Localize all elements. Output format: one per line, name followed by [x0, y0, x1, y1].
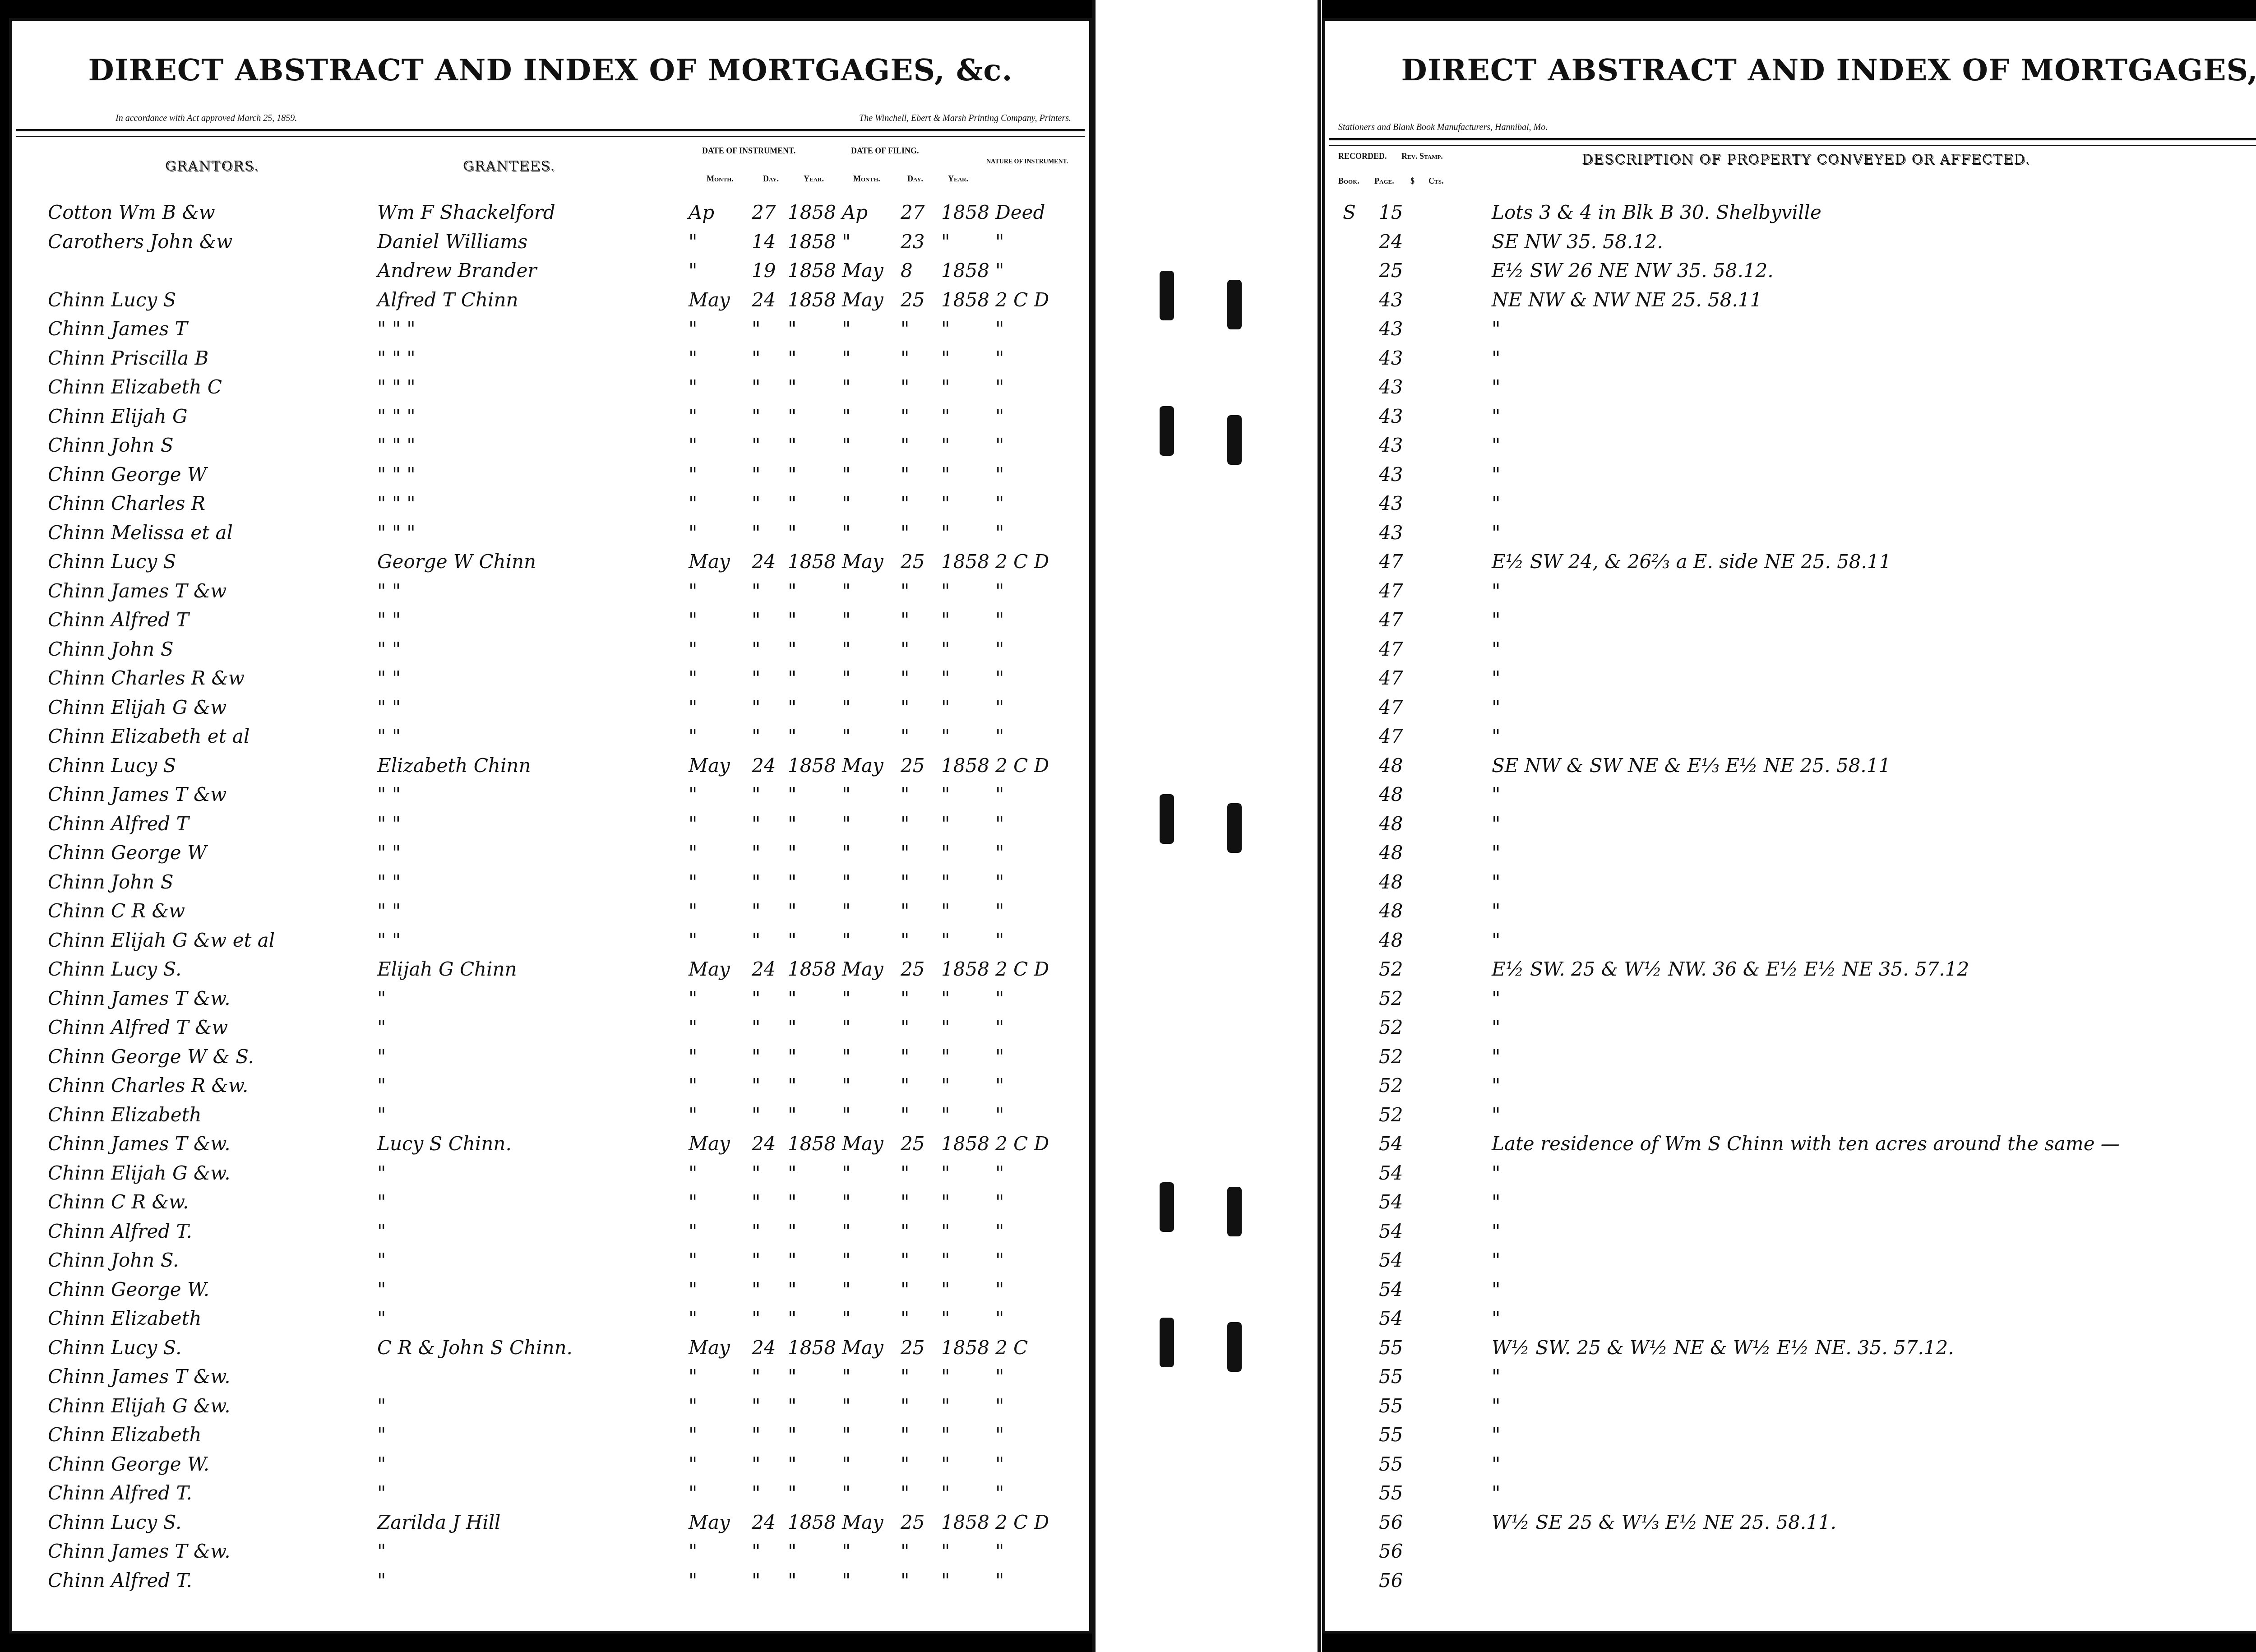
table-row: Chinn Alfred T.""""""""	[12, 1482, 1089, 1509]
filing-year: 1858	[941, 201, 989, 223]
property-description: "	[1492, 1104, 1500, 1126]
instrument-day: 14	[752, 231, 776, 253]
table-row: 48"	[1325, 929, 2256, 956]
instrument-month: "	[689, 725, 697, 747]
instrument-day: 24	[752, 1511, 776, 1533]
instrument-year: "	[788, 1104, 796, 1126]
page-number: 52	[1379, 1046, 1403, 1068]
binding-hole-icon	[1227, 1187, 1242, 1236]
instrument-month: "	[689, 376, 697, 398]
property-description: E½ SW 26 NE NW 35. 58.12.	[1492, 259, 1774, 282]
table-row: Chinn Lucy SElizabeth ChinnMay241858May2…	[12, 754, 1089, 782]
grantee-name: " " "	[377, 434, 416, 456]
property-description: "	[1492, 463, 1500, 486]
grantor-name: Chinn George W & S.	[48, 1046, 254, 1068]
page-number: 55	[1379, 1453, 1403, 1475]
grantor-name: Chinn Elizabeth et al	[48, 725, 250, 747]
filing-month: May	[842, 754, 883, 777]
nature-of-instrument: "	[995, 1162, 1004, 1184]
property-description: "	[1492, 1249, 1500, 1271]
grantor-name: Chinn Elijah G	[48, 405, 188, 427]
property-description: "	[1492, 667, 1500, 689]
grantor-name: Chinn George W.	[48, 1453, 209, 1475]
filing-month: "	[842, 1278, 851, 1300]
filing-year: "	[941, 463, 950, 486]
instrument-year: 1858	[788, 289, 836, 311]
instrument-year: "	[788, 1016, 796, 1038]
grantor-name: Chinn James T &w	[48, 783, 227, 805]
filing-month: May	[842, 1133, 883, 1155]
instrument-day: "	[752, 1482, 760, 1504]
grantee-name: "	[377, 1220, 386, 1242]
instrument-month: "	[689, 1424, 697, 1446]
grantee-name: " "	[377, 609, 401, 631]
dollars-header: $	[1410, 176, 1415, 186]
grantee-name: "	[377, 1278, 386, 1300]
grantee-name: Wm F Shackelford	[377, 201, 555, 223]
instrument-day: "	[752, 1046, 760, 1068]
filing-month: Ap	[842, 201, 868, 223]
filing-month: "	[842, 1365, 851, 1388]
page-number: 25	[1379, 259, 1403, 282]
table-row: Chinn George W & S.""""""""	[12, 1046, 1089, 1073]
filing-month: "	[842, 725, 851, 747]
grantor-name: Chinn Alfred T.	[48, 1569, 192, 1592]
right-page: DIRECT ABSTRACT AND INDEX OF MORTGAGES, …	[1322, 18, 2256, 1633]
table-row: Chinn James T" " """"""""	[12, 318, 1089, 345]
filing-month: "	[842, 1424, 851, 1446]
property-description: NE NW & NW NE 25. 58.11	[1492, 289, 1762, 311]
page-number: 56	[1379, 1569, 1403, 1592]
instrument-day: 24	[752, 754, 776, 777]
grantee-name: "	[377, 1104, 386, 1126]
filing-year: "	[941, 871, 950, 893]
page-number: 55	[1379, 1365, 1403, 1388]
page-number: 54	[1379, 1249, 1403, 1271]
binding-hole-icon	[1160, 1182, 1174, 1232]
filing-year: "	[941, 405, 950, 427]
filing-month: "	[842, 1569, 851, 1592]
grantee-name: "	[377, 1307, 386, 1329]
grantee-name: "	[377, 1074, 386, 1097]
grantor-name: Chinn Elijah G &w	[48, 696, 227, 718]
instrument-year: "	[788, 376, 796, 398]
table-row: Chinn C R &w" """"""""	[12, 900, 1089, 927]
year-header: Year.	[948, 174, 968, 184]
instrument-day: "	[752, 987, 760, 1009]
nature-of-instrument: "	[995, 405, 1004, 427]
filing-year: 1858	[941, 551, 989, 573]
grantor-name: Chinn James T &w.	[48, 1540, 231, 1562]
property-description: "	[1492, 318, 1500, 340]
grantor-name: Chinn Melissa et al	[48, 522, 233, 544]
filing-month: "	[842, 1162, 851, 1184]
filing-month: "	[842, 1016, 851, 1038]
table-row: Chinn Priscilla B" " """"""""	[12, 347, 1089, 374]
page-number: 47	[1379, 667, 1403, 689]
date-of-instrument-header: DATE OF INSTRUMENT.	[702, 146, 795, 156]
instrument-year: "	[788, 492, 796, 514]
grantee-name: " "	[377, 900, 401, 922]
nature-of-instrument: "	[995, 1016, 1004, 1038]
nature-of-instrument: "	[995, 900, 1004, 922]
nature-of-instrument: "	[995, 231, 1004, 253]
property-description: "	[1492, 1046, 1500, 1068]
filing-year: 1858	[941, 754, 989, 777]
instrument-month: "	[689, 492, 697, 514]
filing-day: "	[901, 842, 909, 864]
table-row: 54"	[1325, 1162, 2256, 1189]
nature-of-instrument: 2 C D	[995, 754, 1049, 777]
page-number: 43	[1379, 522, 1403, 544]
filing-month: "	[842, 405, 851, 427]
instrument-year: "	[788, 1220, 796, 1242]
filing-year: "	[941, 1453, 950, 1475]
property-description: "	[1492, 1016, 1500, 1038]
nature-of-instrument: 2 C	[995, 1337, 1028, 1359]
nature-of-instrument: 2 C D	[995, 958, 1049, 980]
page-number: 47	[1379, 551, 1403, 573]
filing-month: "	[842, 783, 851, 805]
filing-year: 1858	[941, 289, 989, 311]
table-row: Chinn Alfred T.""""""""	[12, 1220, 1089, 1247]
instrument-day: "	[752, 434, 760, 456]
filing-day: "	[901, 318, 909, 340]
binding-hole-icon	[1160, 406, 1174, 456]
filing-month: May	[842, 551, 883, 573]
filing-day: "	[901, 1046, 909, 1068]
property-description: Lots 3 & 4 in Blk B 30. Shelbyville	[1492, 201, 1821, 223]
instrument-day: "	[752, 1307, 760, 1329]
grantee-name: " "	[377, 842, 401, 864]
instrument-month: "	[689, 1104, 697, 1126]
grantor-name: Chinn Lucy S	[48, 754, 176, 777]
year-header: Year.	[804, 174, 824, 184]
instrument-month: "	[689, 1569, 697, 1592]
nature-of-instrument: "	[995, 1365, 1004, 1388]
page-number: 48	[1379, 900, 1403, 922]
table-row: Chinn John S.""""""""	[12, 1249, 1089, 1276]
instrument-day: "	[752, 1220, 760, 1242]
instrument-month: "	[689, 259, 697, 282]
grantor-name: Chinn Lucy S.	[48, 1511, 181, 1533]
grantee-name: " " "	[377, 463, 416, 486]
property-description: "	[1492, 580, 1500, 602]
grantor-name: Chinn Elizabeth	[48, 1424, 201, 1446]
table-row: 55W½ SW. 25 & W½ NE & W½ E½ NE. 35. 57.1…	[1325, 1337, 2256, 1364]
filing-month: "	[842, 667, 851, 689]
instrument-month: "	[689, 667, 697, 689]
table-row: 48"	[1325, 871, 2256, 898]
instrument-month: "	[689, 580, 697, 602]
property-description: "	[1492, 1220, 1500, 1242]
property-description: "	[1492, 376, 1500, 398]
property-description: "	[1492, 1424, 1500, 1446]
filing-month: "	[842, 231, 851, 253]
table-row: 56W½ SE 25 & W⅓ E½ NE 25. 58.11.	[1325, 1511, 2256, 1538]
page-number: 54	[1379, 1220, 1403, 1242]
filing-month: "	[842, 842, 851, 864]
grantor-name: Chinn John S	[48, 871, 173, 893]
grantor-name: Chinn Lucy S	[48, 289, 176, 311]
instrument-year: "	[788, 813, 796, 835]
instrument-year: "	[788, 405, 796, 427]
grantor-name: Chinn Elizabeth	[48, 1307, 201, 1329]
grantee-name: "	[377, 1453, 386, 1475]
page-number: 43	[1379, 405, 1403, 427]
table-row: 47"	[1325, 696, 2256, 723]
grantee-name: " "	[377, 725, 401, 747]
table-row: Chinn Elizabeth""""""""	[12, 1307, 1089, 1334]
day-header: Day.	[907, 174, 923, 184]
grantor-name: Chinn Alfred T	[48, 813, 189, 835]
filing-day: 8	[901, 259, 913, 282]
filing-day: "	[901, 1307, 909, 1329]
instrument-month: May	[689, 1133, 730, 1155]
page-number: 52	[1379, 987, 1403, 1009]
right-page-title: DIRECT ABSTRACT AND INDEX OF MORTGAGES, …	[1325, 52, 2256, 88]
month-header: Month.	[853, 174, 880, 184]
page-number: 43	[1379, 463, 1403, 486]
property-description: "	[1492, 1162, 1500, 1184]
grantee-name: " "	[377, 783, 401, 805]
filing-year: "	[941, 376, 950, 398]
grantor-name: Cotton Wm B &w	[48, 201, 215, 223]
table-row: Chinn Lucy S.C R & John S Chinn.May24185…	[12, 1337, 1089, 1364]
instrument-month: "	[689, 1482, 697, 1504]
grantor-name: Carothers John &w	[48, 231, 232, 253]
instrument-month: "	[689, 1249, 697, 1271]
filing-month: "	[842, 1220, 851, 1242]
filing-day: "	[901, 376, 909, 398]
grantor-name: Chinn John S.	[48, 1249, 179, 1271]
grantor-name: Chinn C R &w	[48, 900, 185, 922]
filing-year: "	[941, 900, 950, 922]
nature-of-instrument: Deed	[995, 201, 1045, 223]
filing-year: "	[941, 783, 950, 805]
filing-day: "	[901, 929, 909, 951]
filing-day: 23	[901, 231, 925, 253]
filing-year: "	[941, 580, 950, 602]
grantee-name: C R & John S Chinn.	[377, 1337, 573, 1359]
nature-of-instrument: "	[995, 1540, 1004, 1562]
instrument-year: "	[788, 842, 796, 864]
instrument-day: "	[752, 725, 760, 747]
instrument-year: 1858	[788, 958, 836, 980]
grantor-name: Chinn Alfred T.	[48, 1220, 192, 1242]
nature-of-instrument: 2 C D	[995, 1133, 1049, 1155]
page-number: 47	[1379, 638, 1403, 660]
filing-year: "	[941, 1249, 950, 1271]
instrument-day: "	[752, 1016, 760, 1038]
table-row: Chinn Elizabeth et al" """"""""	[12, 725, 1089, 752]
grantee-name: "	[377, 1569, 386, 1592]
instrument-month: "	[689, 347, 697, 369]
table-row: 47E½ SW 24, & 26⅔ a E. side NE 25. 58.11	[1325, 551, 2256, 578]
instrument-month: "	[689, 434, 697, 456]
instrument-day: "	[752, 1162, 760, 1184]
filing-year: "	[941, 638, 950, 660]
instrument-year: "	[788, 1249, 796, 1271]
filing-year: "	[941, 231, 950, 253]
filing-day: 25	[901, 1511, 925, 1533]
property-description: "	[1492, 347, 1500, 369]
property-description: "	[1492, 1482, 1500, 1504]
table-row: 52"	[1325, 987, 2256, 1014]
instrument-day: "	[752, 609, 760, 631]
property-description: E½ SW 24, & 26⅔ a E. side NE 25. 58.11	[1492, 551, 1891, 573]
filing-year: "	[941, 725, 950, 747]
filing-day: "	[901, 405, 909, 427]
filing-day: "	[901, 1482, 909, 1504]
instrument-month: "	[689, 929, 697, 951]
table-row: 54"	[1325, 1191, 2256, 1218]
page-number: 48	[1379, 813, 1403, 835]
instrument-month: "	[689, 842, 697, 864]
nature-of-instrument: "	[995, 1453, 1004, 1475]
filing-day: "	[901, 347, 909, 369]
filing-year: "	[941, 609, 950, 631]
instrument-year: 1858	[788, 1511, 836, 1533]
property-description: "	[1492, 783, 1500, 805]
table-row: 43NE NW & NW NE 25. 58.11	[1325, 289, 2256, 316]
grantee-name: " "	[377, 871, 401, 893]
property-description: "	[1492, 1191, 1500, 1213]
filing-year: "	[941, 434, 950, 456]
instrument-month: Ap	[689, 201, 714, 223]
page-number: 48	[1379, 754, 1403, 777]
instrument-year: "	[788, 347, 796, 369]
filing-year: "	[941, 318, 950, 340]
filing-year: 1858	[941, 259, 989, 282]
instrument-month: "	[689, 463, 697, 486]
binding-hole-icon	[1160, 271, 1174, 320]
grantee-name: Lucy S Chinn.	[377, 1133, 512, 1155]
right-stationer-note: Stationers and Blank Book Manufacturers,…	[1338, 122, 1548, 133]
nature-of-instrument: "	[995, 492, 1004, 514]
nature-of-instrument: "	[995, 1569, 1004, 1592]
nature-of-instrument: "	[995, 522, 1004, 544]
instrument-year: 1858	[788, 259, 836, 282]
page-number: 43	[1379, 376, 1403, 398]
table-row: Chinn John S" " """"""""	[12, 434, 1089, 461]
property-description: W½ SE 25 & W⅓ E½ NE 25. 58.11.	[1492, 1511, 1836, 1533]
filing-day: "	[901, 1540, 909, 1562]
filing-year: "	[941, 1104, 950, 1126]
page-number: 54	[1379, 1133, 1403, 1155]
table-row: 47"	[1325, 667, 2256, 694]
nature-of-instrument: 2 C D	[995, 1511, 1049, 1533]
grantor-name: Chinn Alfred T &w	[48, 1016, 228, 1038]
instrument-month: "	[689, 1220, 697, 1242]
table-row: 54"	[1325, 1278, 2256, 1305]
filing-month: "	[842, 696, 851, 718]
nature-of-instrument: 2 C D	[995, 551, 1049, 573]
instrument-month: May	[689, 289, 730, 311]
page-edge	[1092, 0, 1096, 1652]
instrument-day: "	[752, 696, 760, 718]
filing-year: "	[941, 987, 950, 1009]
table-row: 52E½ SW. 25 & W½ NW. 36 & E½ E½ NE 35. 5…	[1325, 958, 2256, 985]
grantee-name: Elizabeth Chinn	[377, 754, 531, 777]
table-row: Chinn Melissa et al" " """"""""	[12, 522, 1089, 549]
filing-year: "	[941, 842, 950, 864]
description-header: DESCRIPTION OF PROPERTY CONVEYED OR AFFE…	[1582, 152, 2030, 167]
table-row: 52"	[1325, 1046, 2256, 1073]
instrument-year: "	[788, 783, 796, 805]
instrument-month: "	[689, 1162, 697, 1184]
instrument-day: "	[752, 1424, 760, 1446]
nature-of-instrument: "	[995, 463, 1004, 486]
instrument-day: "	[752, 1104, 760, 1126]
table-row: 43"	[1325, 522, 2256, 549]
instrument-year: 1858	[788, 231, 836, 253]
grantees-header: GRANTEES.	[463, 158, 555, 174]
instrument-day: "	[752, 1569, 760, 1592]
page-number: 52	[1379, 1074, 1403, 1097]
filing-day: "	[901, 987, 909, 1009]
nature-of-instrument: "	[995, 696, 1004, 718]
table-row: 47"	[1325, 725, 2256, 752]
nature-of-instrument: "	[995, 318, 1004, 340]
table-row: S15Lots 3 & 4 in Blk B 30. Shelbyville	[1325, 201, 2256, 228]
grantee-name: " " "	[377, 347, 416, 369]
filing-day: "	[901, 580, 909, 602]
grantor-name: Chinn George W	[48, 463, 207, 486]
header-rule	[1329, 145, 2256, 146]
table-row: Chinn Elijah G &w.""""""""	[12, 1162, 1089, 1189]
instrument-day: "	[752, 1249, 760, 1271]
filing-year: "	[941, 1074, 950, 1097]
instrument-month: "	[689, 1365, 697, 1388]
filing-day: "	[901, 1074, 909, 1097]
nature-of-instrument: "	[995, 376, 1004, 398]
header-rule	[1329, 138, 2256, 140]
table-row: Chinn James T &w.""""""""	[12, 1540, 1089, 1567]
filing-day: "	[901, 900, 909, 922]
grantor-name: Chinn Alfred T	[48, 609, 189, 631]
grantee-name: " " "	[377, 492, 416, 514]
instrument-month: "	[689, 987, 697, 1009]
table-row: Chinn John S" """"""""	[12, 871, 1089, 898]
filing-year: "	[941, 1220, 950, 1242]
instrument-month: May	[689, 551, 730, 573]
table-row: Chinn George W.""""""""	[12, 1453, 1089, 1480]
table-row: Chinn Alfred T" """"""""	[12, 813, 1089, 840]
rev-stamp-header: Rev. Stamp.	[1401, 152, 1443, 161]
filing-day: 25	[901, 551, 925, 573]
grantee-name: "	[377, 1424, 386, 1446]
filing-month: "	[842, 522, 851, 544]
nature-of-instrument: "	[995, 1395, 1004, 1417]
nature-of-instrument: "	[995, 783, 1004, 805]
instrument-year: "	[788, 1278, 796, 1300]
property-description: "	[1492, 1278, 1500, 1300]
instrument-year: "	[788, 1307, 796, 1329]
instrument-month: "	[689, 1046, 697, 1068]
instrument-day: "	[752, 667, 760, 689]
nature-of-instrument: "	[995, 871, 1004, 893]
filing-day: "	[901, 492, 909, 514]
filing-month: "	[842, 1191, 851, 1213]
table-row: Andrew Brander"191858May81858"	[12, 259, 1089, 287]
instrument-month: "	[689, 231, 697, 253]
table-row: 43"	[1325, 405, 2256, 432]
instrument-year: 1858	[788, 201, 836, 223]
filing-year: "	[941, 1569, 950, 1592]
grantee-name: " "	[377, 667, 401, 689]
table-row: Chinn Elizabeth C" " """"""""	[12, 376, 1089, 403]
